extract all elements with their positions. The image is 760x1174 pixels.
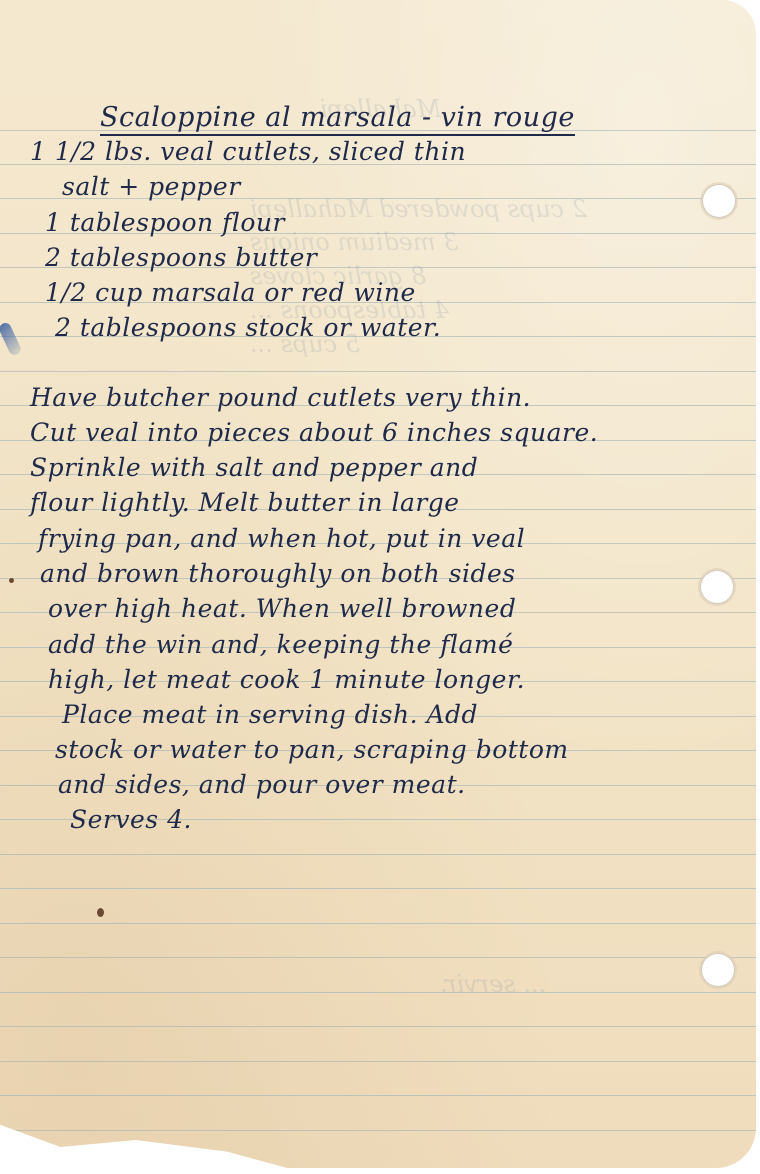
instruction-line: over high heat. When well browned <box>48 594 516 623</box>
ingredient-line: 2 tablespoons stock or water. <box>55 313 441 342</box>
punch-hole <box>701 953 735 987</box>
ingredient-line: salt + pepper <box>62 172 241 201</box>
instruction-line: flour lightly. Melt butter in large <box>30 488 460 517</box>
instruction-line: Sprinkle with salt and pepper and <box>30 453 478 482</box>
bleed-through-text: 2 cups powdered Mahallepi <box>250 195 587 223</box>
recipe-title: Scaloppine al marsala - vin rouge <box>100 102 575 136</box>
ingredient-line: 1/2 cup marsala or red wine <box>45 278 416 307</box>
ink-dot <box>9 578 14 583</box>
instruction-line: Have butcher pound cutlets very thin. <box>30 383 531 412</box>
instruction-line: and sides, and pour over meat. <box>58 770 466 799</box>
bleed-through-text: ... servir. <box>440 970 546 998</box>
instruction-line: and brown thoroughly on both sides <box>40 559 516 588</box>
punch-hole <box>702 184 736 218</box>
ruled-line <box>0 992 756 993</box>
ruled-line <box>0 1095 756 1096</box>
ruled-line <box>0 923 756 924</box>
ruled-line <box>0 957 756 958</box>
punch-hole <box>700 570 734 604</box>
instruction-line: high, let meat cook 1 minute longer. <box>48 665 525 694</box>
recipe-card-paper: Mahallepi 2 cups powdered Mahallepi 3 me… <box>0 0 756 1168</box>
stain-spot <box>97 908 104 917</box>
ruled-line <box>0 371 756 372</box>
ink-smear <box>0 321 23 357</box>
ingredient-line: 1 1/2 lbs. veal cutlets, sliced thin <box>30 137 466 166</box>
ruled-line <box>0 854 756 855</box>
instruction-line: frying pan, and when hot, put in veal <box>38 524 525 553</box>
instruction-line: Cut veal into pieces about 6 inches squa… <box>30 418 598 447</box>
instruction-line: Serves 4. <box>70 805 192 834</box>
instruction-line: Place meat in serving dish. Add <box>62 700 478 729</box>
ruled-line <box>0 888 756 889</box>
ingredient-line: 2 tablespoons butter <box>45 243 317 272</box>
instruction-line: add the win and, keeping the flamé <box>48 630 513 659</box>
instruction-line: stock or water to pan, scraping bottom <box>55 735 569 764</box>
ingredient-line: 1 tablespoon flour <box>45 208 285 237</box>
ruled-line <box>0 1026 756 1027</box>
ruled-line <box>0 1130 756 1131</box>
ruled-line <box>0 1061 756 1062</box>
